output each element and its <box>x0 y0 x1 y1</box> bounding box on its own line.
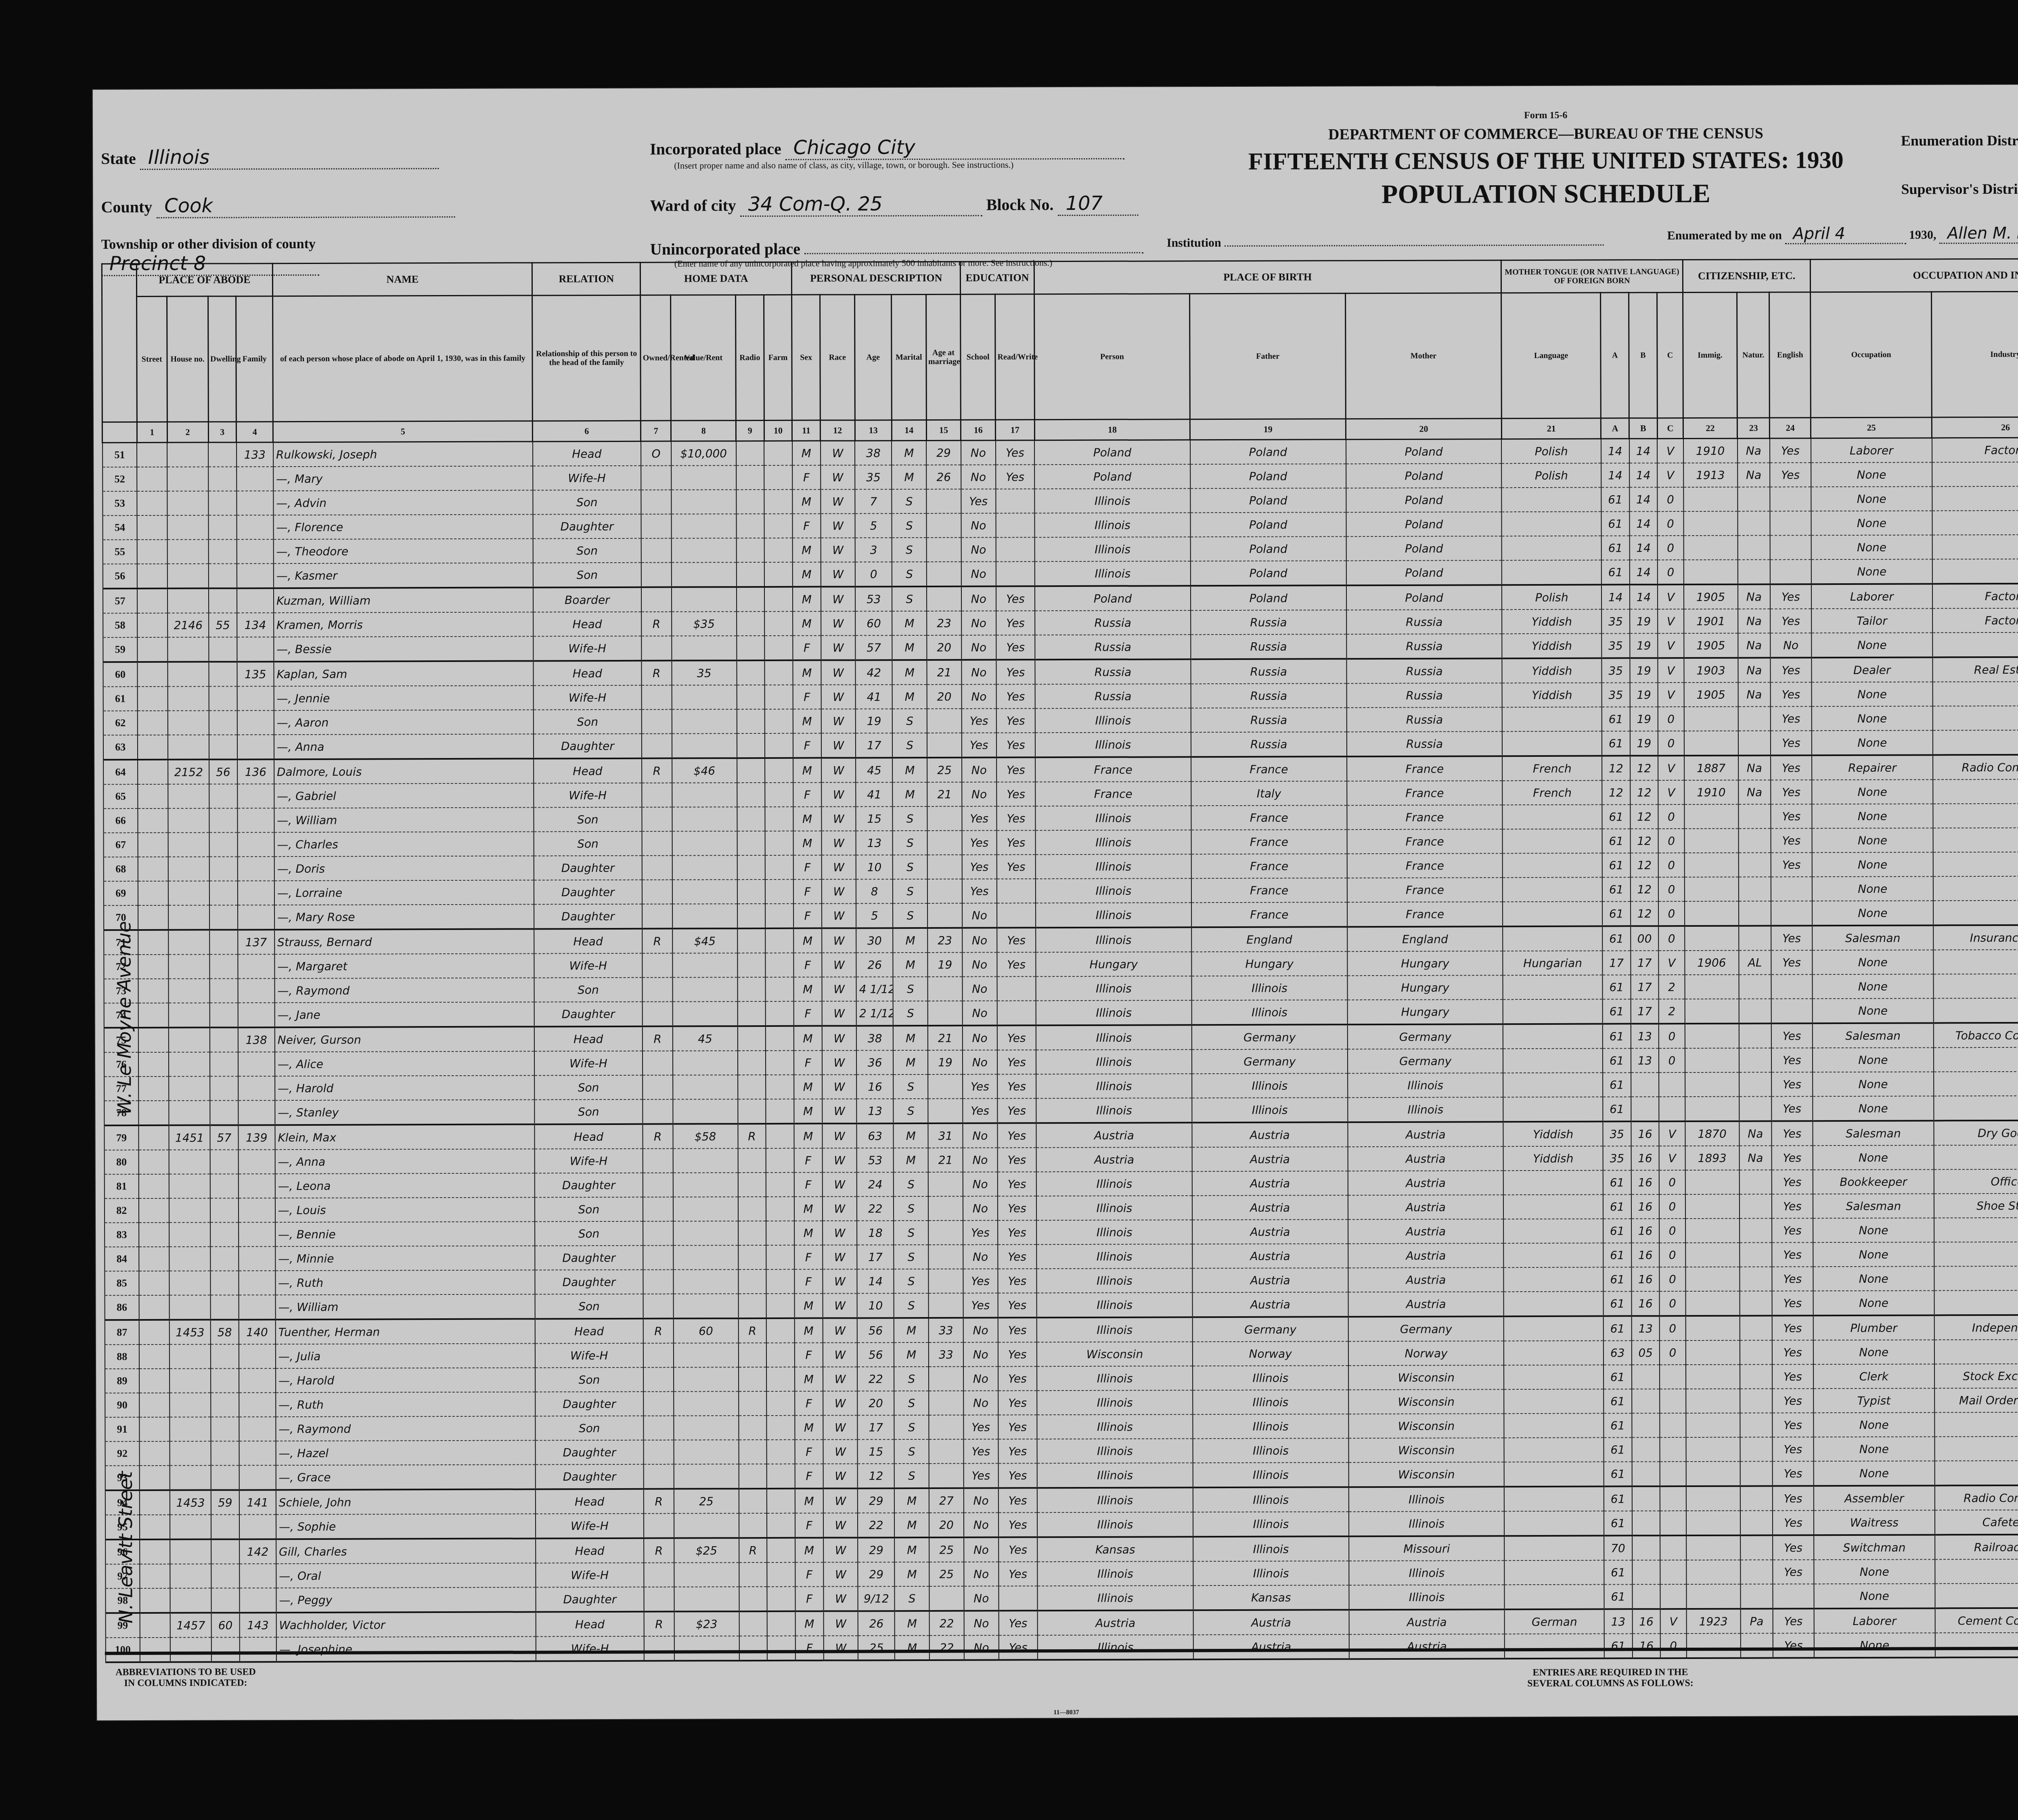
cell-family <box>237 710 274 735</box>
cell-value <box>672 904 737 928</box>
cell-age: 22 <box>857 1367 894 1391</box>
cell-tongue <box>1504 1267 1604 1292</box>
cell-line: 90 <box>105 1393 140 1417</box>
cell-dwelling <box>210 1052 238 1076</box>
cell-marital: S <box>894 1464 929 1488</box>
cell-tongue <box>1502 512 1601 536</box>
cell-naturalization <box>1739 1048 1771 1072</box>
cell-age: 13 <box>857 1099 894 1123</box>
cell-relation: Head <box>533 612 641 637</box>
cell-line: 63 <box>103 735 138 760</box>
cell-english: Yes <box>1771 755 1812 780</box>
cell-bp-father: Austria <box>1192 1244 1348 1268</box>
cell-bp-person: Illinois <box>1036 854 1191 879</box>
cell-dwelling <box>209 954 238 978</box>
cell-tongue <box>1505 1536 1604 1561</box>
abbreviations-title: ABBREVIATIONS TO BE USED IN COLUMNS INDI… <box>109 1667 262 1689</box>
cell-school: No <box>963 1244 998 1269</box>
cell-race: W <box>821 685 856 709</box>
cell-sex: F <box>795 1562 823 1587</box>
cell-tenure <box>642 807 672 831</box>
cell-age-marriage <box>926 489 961 513</box>
cell-occupation: Salesman <box>1813 1194 1934 1218</box>
cell-tongue <box>1503 1049 1603 1073</box>
cell-farm <box>766 1124 794 1148</box>
entries-required-title: ENTRIES ARE REQUIRED IN THE SEVERAL COLU… <box>1518 1667 1703 1689</box>
cell-school: Yes <box>963 1293 998 1317</box>
cell-age: 30 <box>856 928 893 953</box>
cell-code-c: 0 <box>1659 1170 1685 1194</box>
cell-bp-mother: France <box>1347 756 1503 781</box>
cell-farm <box>767 1611 795 1636</box>
cell-relation: Wife-H <box>536 1514 644 1539</box>
cell-occupation: Tailor <box>1811 608 1932 633</box>
cell-bp-person: Illinois <box>1036 1025 1192 1050</box>
cell-sex: F <box>795 1464 823 1489</box>
cell-code-c: 0 <box>1659 1024 1685 1048</box>
cell-line: 53 <box>103 491 137 515</box>
cell-bp-mother: Hungary <box>1347 999 1503 1024</box>
cell-marital: S <box>895 1586 929 1611</box>
cell-sex: M <box>793 758 821 783</box>
cell-code-a: 61 <box>1603 1219 1631 1243</box>
cell-street <box>138 687 168 711</box>
cell-naturalization <box>1737 535 1770 559</box>
column-number: 26 <box>1932 417 2018 438</box>
cell-value <box>672 831 737 855</box>
cell-tenure <box>643 1294 673 1319</box>
cell-house <box>167 467 208 491</box>
cell-marital: M <box>892 685 927 709</box>
cell-street <box>139 1247 169 1271</box>
cell-bp-mother: France <box>1347 902 1503 927</box>
cell-bp-person: Illinois <box>1036 830 1191 854</box>
cell-sex: M <box>794 1026 822 1051</box>
cell-name: —, Bennie <box>275 1221 535 1246</box>
cell-naturalization <box>1739 926 1771 950</box>
cell-read <box>999 1586 1038 1611</box>
cell-sex: M <box>794 1075 822 1099</box>
cell-age-marriage <box>927 831 962 855</box>
cell-family <box>239 1465 276 1490</box>
cell-industry <box>1932 559 2018 584</box>
cell-tenure <box>644 1563 674 1587</box>
cell-occupation: None <box>1813 1096 1934 1121</box>
cell-school: Yes <box>962 854 997 879</box>
cell-immigration <box>1685 1316 1740 1340</box>
cell-race: W <box>822 953 856 977</box>
cell-tenure <box>642 978 672 1002</box>
cell-age-marriage <box>927 855 962 879</box>
cell-value <box>672 807 737 831</box>
cell-sex: F <box>793 685 821 709</box>
cell-naturalization <box>1739 999 1771 1023</box>
cell-dwelling <box>210 1174 239 1198</box>
cell-industry <box>1933 827 2018 852</box>
cell-relation: Daughter <box>535 1270 643 1294</box>
cell-age: 24 <box>857 1172 894 1196</box>
cell-age-marriage: 25 <box>929 1537 964 1562</box>
cell-english: Yes <box>1770 609 1811 633</box>
cell-street <box>139 1125 169 1150</box>
cell-industry <box>1934 1145 2018 1169</box>
cell-dwelling <box>209 930 238 954</box>
cell-line: 89 <box>105 1369 140 1393</box>
cell-name: —, Sophie <box>276 1514 536 1539</box>
institution-field: Institution <box>1167 235 1604 250</box>
cell-family <box>237 637 274 662</box>
cell-age: 4 1/12 <box>856 977 893 1001</box>
cell-race: W <box>821 806 856 831</box>
cell-dwelling <box>211 1344 239 1368</box>
cell-bp-mother: France <box>1347 829 1503 854</box>
cell-age-marriage <box>929 1415 963 1439</box>
cell-english: Yes <box>1772 1170 1813 1194</box>
cell-race: W <box>822 1172 857 1196</box>
cell-marital: S <box>893 879 927 903</box>
cell-occupation: Typist <box>1813 1388 1934 1413</box>
cell-street <box>140 1539 170 1564</box>
cell-tenure: O <box>641 441 671 466</box>
cell-marital: S <box>894 1415 929 1439</box>
cell-tongue <box>1502 488 1601 512</box>
cell-industry: Railroad Co. <box>1935 1534 2018 1559</box>
enumerator-signature: Allen M. Elvin <box>1939 224 2018 244</box>
cell-code-a: 70 <box>1604 1535 1632 1560</box>
cell-family <box>237 588 274 613</box>
cell-farm <box>766 1075 794 1099</box>
cell-value <box>672 636 737 660</box>
cell-occupation: None <box>1811 486 1932 511</box>
cell-english: No <box>1770 633 1811 658</box>
cell-age-marriage <box>928 1245 963 1269</box>
cell-dwelling <box>211 1588 239 1613</box>
cell-age-marriage <box>928 1269 963 1293</box>
cell-sex: F <box>794 1245 823 1269</box>
cell-race: W <box>822 1026 856 1050</box>
cell-line: 54 <box>103 515 137 540</box>
cell-industry <box>1933 852 2018 876</box>
cell-read: Yes <box>998 1244 1037 1269</box>
cell-code-b <box>1631 1072 1659 1097</box>
cell-tenure <box>642 831 672 856</box>
cell-naturalization <box>1739 901 1771 926</box>
cell-read: Yes <box>996 586 1035 611</box>
cell-radio <box>739 1464 767 1489</box>
cell-age-marriage: 25 <box>927 758 962 782</box>
unincorporated-value <box>804 252 1143 254</box>
cell-value <box>671 514 736 538</box>
cell-age: 26 <box>856 953 893 977</box>
cell-code-a: 35 <box>1603 1146 1631 1170</box>
cell-code-a: 61 <box>1602 975 1631 999</box>
cell-tenure <box>643 1149 673 1173</box>
cell-family <box>237 467 273 491</box>
cell-farm <box>766 1148 794 1173</box>
cell-line: 60 <box>103 662 138 687</box>
cell-occupation: Waitress <box>1814 1510 1935 1535</box>
cell-name: —, Gabriel <box>274 783 534 808</box>
cell-line: 88 <box>105 1345 139 1369</box>
cell-immigration <box>1686 1365 1740 1389</box>
cell-school: No <box>962 782 996 806</box>
cell-age: 35 <box>855 465 892 489</box>
cell-value <box>673 1245 738 1269</box>
cell-age-marriage <box>928 1001 963 1026</box>
cell-tongue <box>1503 999 1603 1024</box>
cell-code-b: 16 <box>1631 1194 1659 1219</box>
cell-tongue: French <box>1503 781 1602 805</box>
cell-bp-father: Austria <box>1192 1292 1348 1317</box>
cell-radio <box>737 660 765 685</box>
cell-tenure <box>642 1002 672 1026</box>
census-title: FIFTEENTH CENSUS OF THE UNITED STATES: 1… <box>1243 146 1848 176</box>
cell-code-c: V <box>1658 756 1684 780</box>
column-number: 10 <box>764 420 792 441</box>
cell-bp-father: Illinois <box>1192 1073 1348 1098</box>
cell-line: 69 <box>103 881 138 905</box>
cell-industry <box>1935 1559 2018 1583</box>
cell-industry: Tobacco Company <box>1934 1022 2018 1047</box>
cell-code-c: V <box>1658 683 1684 707</box>
cell-immigration <box>1686 1584 1740 1609</box>
column-number: 6 <box>533 421 641 442</box>
cell-immigration <box>1686 1462 1740 1486</box>
cell-tongue <box>1503 805 1602 829</box>
cell-name: —, Ruth <box>275 1270 535 1295</box>
cell-code-a: 61 <box>1604 1413 1632 1437</box>
cell-code-a: 61 <box>1604 1389 1632 1413</box>
cell-house <box>168 808 209 833</box>
cell-sex: M <box>794 1221 823 1245</box>
cell-farm <box>765 758 793 783</box>
cell-age: 41 <box>856 685 892 709</box>
cell-bp-father: Norway <box>1193 1341 1348 1366</box>
cell-farm <box>766 1318 795 1343</box>
cell-bp-person: Illinois <box>1036 927 1191 952</box>
cell-immigration <box>1684 731 1738 756</box>
cell-farm <box>766 953 794 977</box>
cell-english: Yes <box>1772 1413 1813 1437</box>
cell-relation: Wife-H <box>533 685 641 710</box>
cell-bp-person: Illinois <box>1035 806 1191 830</box>
cell-bp-person: Illinois <box>1036 1098 1192 1123</box>
cell-school: No <box>964 1562 999 1586</box>
cell-bp-person: Illinois <box>1036 1220 1192 1244</box>
cell-age: 29 <box>858 1537 894 1562</box>
census-sheet: State Illinois County Cook Township or o… <box>93 84 2018 1721</box>
cell-name: Strauss, Bernard <box>274 929 534 954</box>
column-number: 11 <box>792 420 821 441</box>
cell-industry: Mail Order House <box>1934 1388 2018 1412</box>
cell-code-b: 14 <box>1629 536 1658 560</box>
cell-age: 26 <box>858 1611 895 1636</box>
cell-naturalization <box>1739 1072 1772 1096</box>
cell-naturalization <box>1740 1267 1772 1291</box>
cell-tenure <box>641 563 672 587</box>
cell-street <box>139 1101 169 1125</box>
cell-radio <box>736 587 764 612</box>
cell-bp-father: Austria <box>1192 1147 1348 1171</box>
cell-family <box>239 1514 276 1539</box>
cell-race: W <box>821 635 856 660</box>
cell-relation: Son <box>535 1197 643 1222</box>
cell-industry <box>1932 632 2018 657</box>
cell-value: $35 <box>672 612 737 636</box>
cell-immigration <box>1685 1097 1739 1121</box>
cell-code-a: 61 <box>1601 536 1630 560</box>
print-code: 11—8037 <box>1053 1709 1079 1716</box>
cell-industry <box>1933 974 2018 998</box>
cell-read: Yes <box>997 1148 1036 1172</box>
cell-line: 65 <box>103 784 138 808</box>
cell-english: Yes <box>1771 828 1812 852</box>
cell-school: Yes <box>961 489 996 513</box>
cell-bp-person: Kansas <box>1037 1537 1193 1562</box>
cell-line: 87 <box>105 1320 139 1345</box>
cell-value <box>674 1343 739 1367</box>
cell-tenure <box>643 1343 674 1368</box>
cell-occupation: Dealer <box>1811 657 1932 682</box>
cell-tongue <box>1504 1511 1604 1536</box>
cell-sex: F <box>795 1513 823 1538</box>
cell-line: 56 <box>103 564 137 589</box>
cell-naturalization <box>1739 1170 1772 1194</box>
cell-relation: Daughter <box>536 1587 644 1612</box>
cell-bp-mother: Austria <box>1348 1195 1504 1219</box>
cell-name: —, Minnie <box>275 1246 535 1271</box>
cell-naturalization <box>1740 1437 1773 1461</box>
cell-value <box>674 1440 739 1464</box>
cell-age-marriage <box>929 1293 963 1318</box>
cell-race: W <box>823 1342 857 1367</box>
cell-street <box>137 589 167 613</box>
cell-code-c: V <box>1659 1146 1685 1170</box>
cell-value <box>672 1001 737 1026</box>
cell-read: Yes <box>998 1439 1037 1463</box>
cell-industry <box>1932 681 2018 706</box>
cell-name: —, Harold <box>276 1368 535 1393</box>
cell-english: Yes <box>1771 804 1812 828</box>
cell-school: Yes <box>962 830 996 854</box>
cell-value <box>674 1391 739 1416</box>
cell-read: Yes <box>999 1611 1038 1635</box>
cell-immigration <box>1685 901 1739 926</box>
cell-school: No <box>961 586 996 611</box>
cell-bp-mother: Poland <box>1346 488 1502 512</box>
cell-race: W <box>821 538 855 562</box>
cell-read <box>996 879 1036 903</box>
cell-code-c <box>1660 1535 1686 1560</box>
cell-occupation: Switchman <box>1814 1535 1935 1560</box>
ward-value: 34 Com-Q. 25 <box>740 193 982 217</box>
cell-bp-father: Russia <box>1191 732 1347 757</box>
cell-code-a: 61 <box>1602 926 1631 951</box>
cell-race: W <box>823 1562 858 1586</box>
cell-street <box>138 930 168 955</box>
cell-english: Yes <box>1772 1146 1813 1170</box>
cell-relation: Head <box>536 1489 644 1514</box>
cell-naturalization: Na <box>1737 438 1770 463</box>
cell-street <box>138 881 168 905</box>
cell-value <box>672 953 737 977</box>
cell-bp-father: Illinois <box>1193 1438 1348 1463</box>
cell-school: No <box>961 513 996 537</box>
cell-dwelling <box>209 539 237 563</box>
cell-sex: F <box>794 1051 822 1075</box>
cell-tenure <box>643 1100 673 1124</box>
cell-dwelling <box>210 1150 239 1174</box>
cell-read <box>997 903 1036 928</box>
cell-marital: S <box>893 1074 928 1099</box>
cell-occupation: None <box>1812 706 1933 731</box>
cell-code-b <box>1632 1389 1660 1413</box>
cell-street <box>138 637 168 662</box>
cell-read: Yes <box>996 782 1036 806</box>
enumerated-by-field: Enumerated by me on April 4 1930, Allen … <box>1667 223 2018 245</box>
cell-naturalization <box>1738 706 1771 731</box>
cell-street <box>138 1028 169 1052</box>
cell-family <box>237 857 274 881</box>
cell-marital: M <box>895 1611 929 1636</box>
cell-house <box>169 1101 210 1125</box>
cell-bp-person: Illinois <box>1036 903 1191 928</box>
cell-immigration <box>1686 1437 1740 1462</box>
cell-radio: R <box>738 1124 766 1148</box>
cell-age: 60 <box>855 611 892 635</box>
cell-race: W <box>821 465 855 489</box>
cell-race: W <box>822 903 856 928</box>
cell-street <box>139 1198 169 1223</box>
cell-marital: S <box>894 1293 929 1318</box>
column-number: 7 <box>641 421 671 441</box>
cell-street <box>140 1588 170 1613</box>
cell-family: 139 <box>238 1125 275 1150</box>
cell-bp-mother: Russia <box>1346 658 1502 683</box>
cell-school: Yes <box>963 1220 998 1244</box>
cell-tongue <box>1502 707 1602 732</box>
cell-name: Gill, Charles <box>276 1538 536 1564</box>
cell-dwelling <box>211 1514 239 1539</box>
cell-family <box>238 881 274 905</box>
cell-industry <box>1932 462 2018 486</box>
cell-relation: Daughter <box>534 734 642 759</box>
column-number: 24 <box>1770 418 1811 438</box>
cell-read: Yes <box>999 1562 1038 1586</box>
cell-code-c <box>1659 1072 1685 1097</box>
cell-house <box>167 491 209 515</box>
cell-dwelling <box>209 881 238 905</box>
cell-race: W <box>821 562 855 586</box>
cell-industry <box>1933 998 2018 1023</box>
cell-street <box>139 1174 169 1198</box>
cell-code-a: 61 <box>1603 1291 1631 1316</box>
cell-read: Yes <box>998 1317 1037 1342</box>
cell-race: W <box>823 1391 858 1415</box>
cell-occupation: None <box>1813 1047 1934 1072</box>
cell-family <box>239 1368 276 1393</box>
cell-relation: Head <box>536 1612 644 1637</box>
cell-race: W <box>822 1050 856 1074</box>
population-schedule-table: PLACE OF ABODE NAME RELATION HOME DATA P… <box>101 258 2018 1663</box>
cell-house <box>170 1393 211 1417</box>
cell-bp-person: Illinois <box>1035 708 1191 733</box>
cell-age: 15 <box>856 806 893 831</box>
cell-tenure <box>641 466 671 490</box>
cell-tenure <box>643 1075 673 1100</box>
cell-age: 7 <box>855 489 892 513</box>
cell-dwelling <box>209 686 237 710</box>
